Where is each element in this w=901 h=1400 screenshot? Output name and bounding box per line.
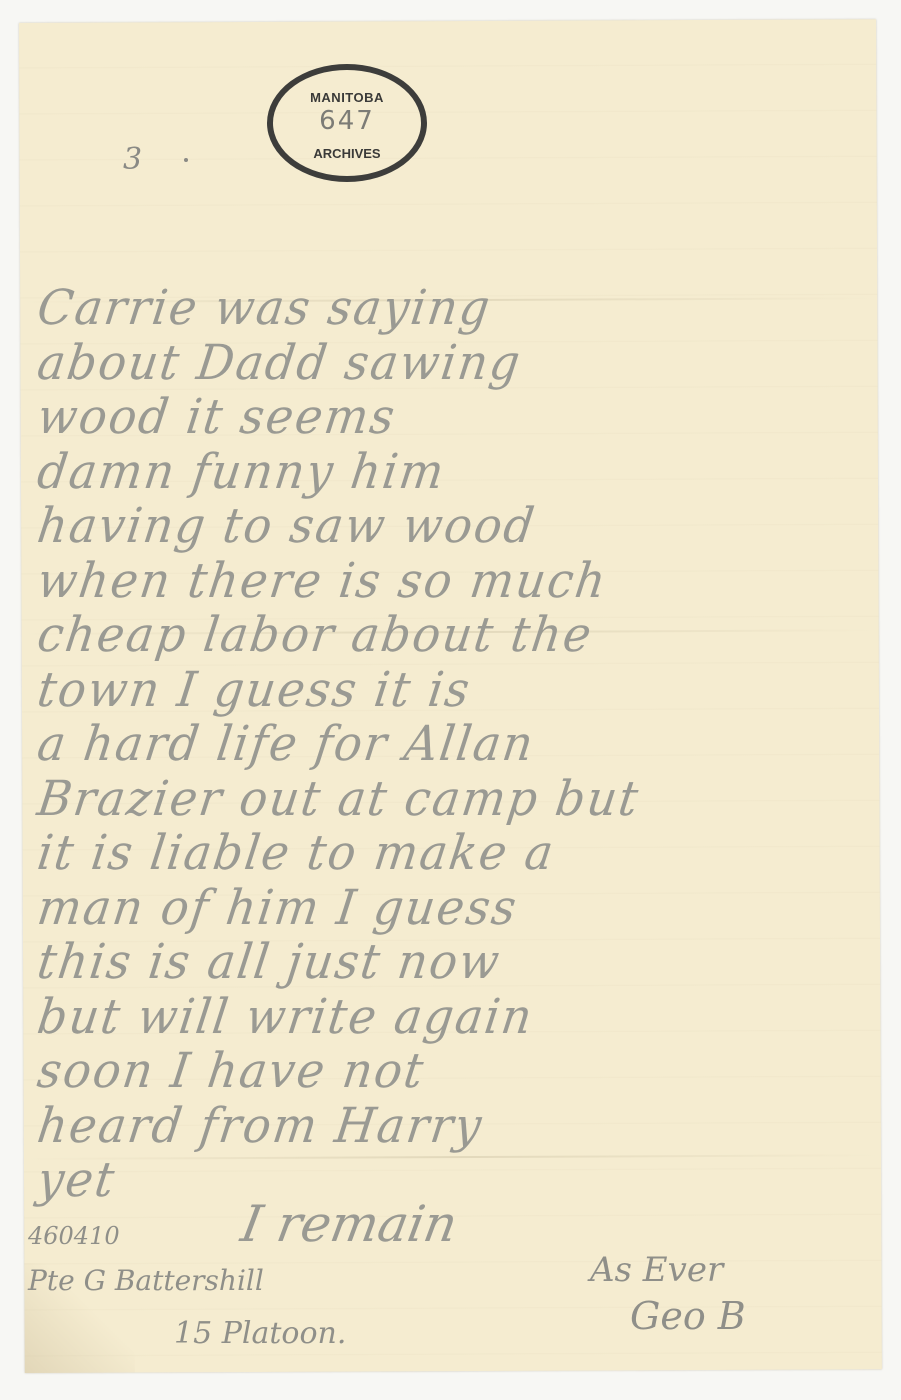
sender-unit: 15 Platoon. <box>174 1316 346 1351</box>
body-line: when there is so much <box>34 551 842 608</box>
signoff-salutation: As Ever <box>590 1250 723 1290</box>
body-line: heard from Harry <box>34 1096 842 1153</box>
sender-name: Pte G Battershill <box>28 1264 264 1297</box>
sender-service-number: 460410 <box>28 1222 120 1250</box>
body-line: damn funny him <box>34 442 842 499</box>
body-line: town I guess it is <box>34 660 842 717</box>
stamp-top-text: MANITOBA <box>273 90 421 105</box>
body-line: this is all just now <box>34 933 842 990</box>
stamp-number: 647 <box>273 106 421 136</box>
page-number: 3 <box>123 142 142 177</box>
letter-body: Carrie was saying about Dadd sawing wood… <box>38 280 838 1207</box>
body-line: wood it seems <box>34 388 842 445</box>
body-line: a hard life for Allan <box>34 715 842 772</box>
archives-stamp: MANITOBA 647 ARCHIVES <box>267 64 427 182</box>
body-line: cheap labor about the <box>34 606 842 663</box>
body-line: but will write again <box>34 987 842 1044</box>
body-line: having to saw wood <box>34 497 842 554</box>
stamp-bottom-text: ARCHIVES <box>273 146 421 161</box>
signoff-signature: Geo B <box>630 1294 746 1338</box>
body-line: Brazier out at camp but <box>34 769 842 826</box>
page-number-dot <box>184 158 188 162</box>
body-line: it is liable to make a <box>34 824 842 881</box>
body-line: man of him I guess <box>34 878 842 935</box>
closing-phrase: I remain <box>237 1195 462 1253</box>
body-line: about Dadd sawing <box>34 333 842 390</box>
body-line: soon I have not <box>34 1042 842 1099</box>
body-line: Carrie was saying <box>34 279 842 336</box>
